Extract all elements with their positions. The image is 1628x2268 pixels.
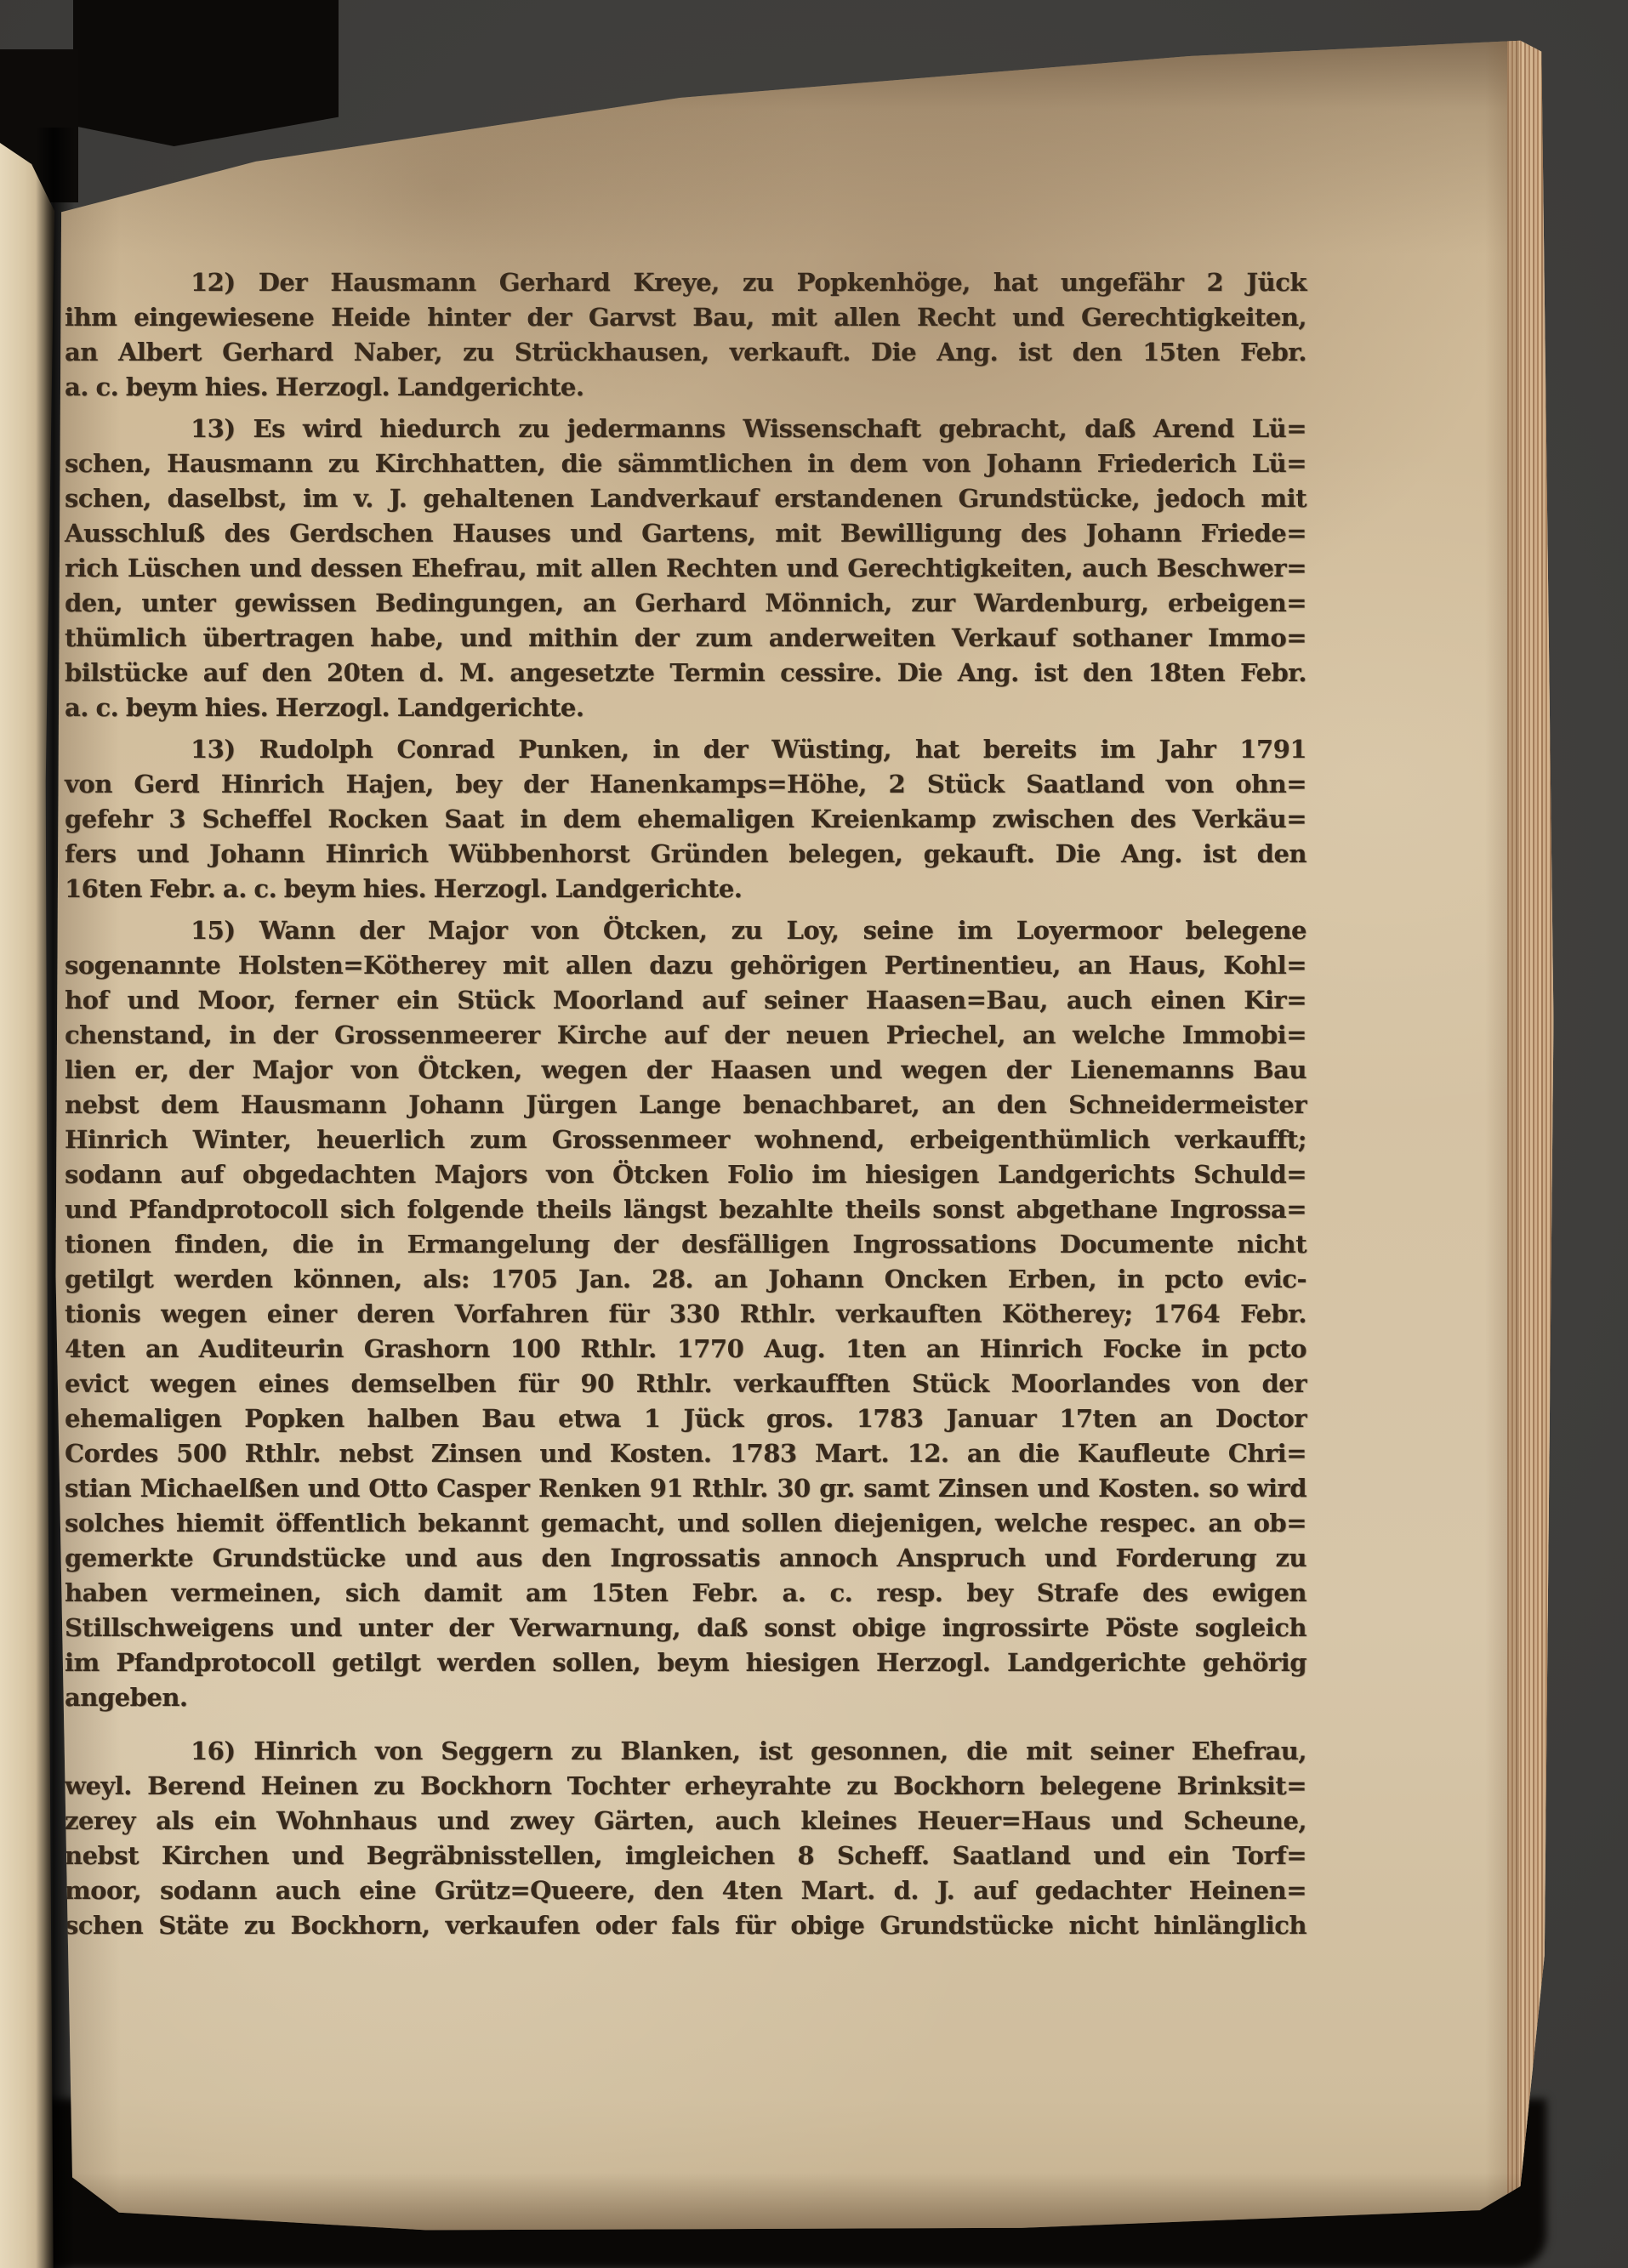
page-fore-edge-shading bbox=[1485, 34, 1519, 2232]
text-line: an Albert Gerhard Naber, zu Strückhausen… bbox=[65, 335, 1306, 370]
text-line: und Pfandprotocoll sich folgende theils … bbox=[65, 1192, 1306, 1227]
text-line: zerey als ein Wohnhaus und zwey Gärten, … bbox=[65, 1804, 1306, 1839]
text-line: getilgt werden können, als: 1705 Jan. 28… bbox=[65, 1262, 1306, 1297]
text-line: thümlich übertragen habe, und mithin der… bbox=[65, 621, 1306, 656]
text-line: 16) Hinrich von Seggern zu Blanken, ist … bbox=[65, 1734, 1306, 1769]
text-line: 4ten an Auditeurin Grashorn 100 Rthlr. 1… bbox=[65, 1332, 1306, 1367]
text-line: schen Stäte zu Bockhorn, verkaufen oder … bbox=[65, 1908, 1306, 1943]
text-line: 15) Wann der Major von Ötcken, zu Loy, s… bbox=[65, 913, 1306, 948]
text-line: solches hiemit öffentlich bekannt gemach… bbox=[65, 1506, 1306, 1541]
text-line: Hinrich Winter, heuerlich zum Grossenmee… bbox=[65, 1123, 1306, 1157]
text-line: rich Lüschen und dessen Ehefrau, mit all… bbox=[65, 551, 1306, 586]
text-line: moor, sodann auch eine Grütz=Queere, den… bbox=[65, 1873, 1306, 1908]
text-line: weyl. Berend Heinen zu Bockhorn Tochter … bbox=[65, 1769, 1306, 1804]
text-line: ehemaligen Popken halben Bau etwa 1 Jück… bbox=[65, 1401, 1306, 1436]
text-line: nebst dem Hausmann Johann Jürgen Lange b… bbox=[65, 1088, 1306, 1123]
text-line: bilstücke auf den 20ten d. M. angesetzte… bbox=[65, 656, 1306, 691]
text-line: sodann auf obgedachten Majors von Ötcken… bbox=[65, 1157, 1306, 1192]
text-line: von Gerd Hinrich Hajen, bey der Hanenkam… bbox=[65, 767, 1306, 802]
notice-paragraph-13: 13) Rudolph Conrad Punken, in der Wüstin… bbox=[65, 732, 1306, 907]
text-line: hof und Moor, ferner ein Stück Moorland … bbox=[65, 983, 1306, 1018]
text-line: tionen finden, die in Ermangelung der de… bbox=[65, 1227, 1306, 1262]
text-line: den, unter gewissen Bedingungen, an Gerh… bbox=[65, 586, 1306, 621]
notice-paragraph-16: 16) Hinrich von Seggern zu Blanken, ist … bbox=[65, 1734, 1306, 1943]
text-line: evict wegen eines demselben für 90 Rthlr… bbox=[65, 1367, 1306, 1401]
text-line: angeben. bbox=[65, 1680, 1306, 1715]
text-line: haben vermeinen, sich damit am 15ten Feb… bbox=[65, 1576, 1306, 1611]
notice-paragraph-15: 15) Wann der Major von Ötcken, zu Loy, s… bbox=[65, 913, 1306, 1715]
text-line: Ausschluß des Gerdschen Hauses und Garte… bbox=[65, 516, 1306, 551]
text-line: 16ten Febr. a. c. beym hies. Herzogl. La… bbox=[65, 872, 1306, 907]
text-line: Stillschweigens und unter der Verwarnung… bbox=[65, 1611, 1306, 1646]
text-line: 12) Der Hausmann Gerhard Kreye, zu Popke… bbox=[65, 265, 1306, 300]
text-line: sogenannte Holsten=Kötherey mit allen da… bbox=[65, 948, 1306, 983]
text-line: schen, daselbst, im v. J. gehaltenen Lan… bbox=[65, 481, 1306, 516]
text-line: chenstand, in der Grossenmeerer Kirche a… bbox=[65, 1018, 1306, 1053]
text-line: gemerkte Grundstücke und aus den Ingross… bbox=[65, 1541, 1306, 1576]
text-line: tionis wegen einer deren Vorfahren für 3… bbox=[65, 1297, 1306, 1332]
text-line: im Pfandprotocoll getilgt werden sollen,… bbox=[65, 1646, 1306, 1680]
text-line: a. c. beym hies. Herzogl. Landgerichte. bbox=[65, 370, 1306, 405]
book-page: 12) Der Hausmann Gerhard Kreye, zu Popke… bbox=[53, 34, 1557, 2232]
text-line: a. c. beym hies. Herzogl. Landgerichte. bbox=[65, 691, 1306, 725]
text-line: stian Michaelßen und Otto Casper Renken … bbox=[65, 1471, 1306, 1506]
text-line: fers und Johann Hinrich Wübbenhorst Grün… bbox=[65, 837, 1306, 872]
text-line: lien er, der Major von Ötcken, wegen der… bbox=[65, 1053, 1306, 1088]
scan-background: 12) Der Hausmann Gerhard Kreye, zu Popke… bbox=[0, 0, 1628, 2268]
notice-paragraph-13: 13) Es wird hiedurch zu jedermanns Wisse… bbox=[65, 412, 1306, 725]
text-line: 13) Rudolph Conrad Punken, in der Wüstin… bbox=[65, 732, 1306, 767]
binding-shadow bbox=[73, 0, 339, 146]
text-line: schen, Hausmann zu Kirchhatten, die sämm… bbox=[65, 446, 1306, 481]
text-line: gefehr 3 Scheffel Rocken Saat in dem ehe… bbox=[65, 802, 1306, 837]
text-line: 13) Es wird hiedurch zu jedermanns Wisse… bbox=[65, 412, 1306, 446]
text-line: nebst Kirchen und Begräbnisstellen, imgl… bbox=[65, 1839, 1306, 1873]
text-line: ihm eingewiesene Heide hinter der Garvst… bbox=[65, 300, 1306, 335]
notice-paragraph-12: 12) Der Hausmann Gerhard Kreye, zu Popke… bbox=[65, 265, 1306, 405]
text-line: Cordes 500 Rthlr. nebst Zinsen und Koste… bbox=[65, 1436, 1306, 1471]
page-text: 12) Der Hausmann Gerhard Kreye, zu Popke… bbox=[65, 265, 1306, 1943]
